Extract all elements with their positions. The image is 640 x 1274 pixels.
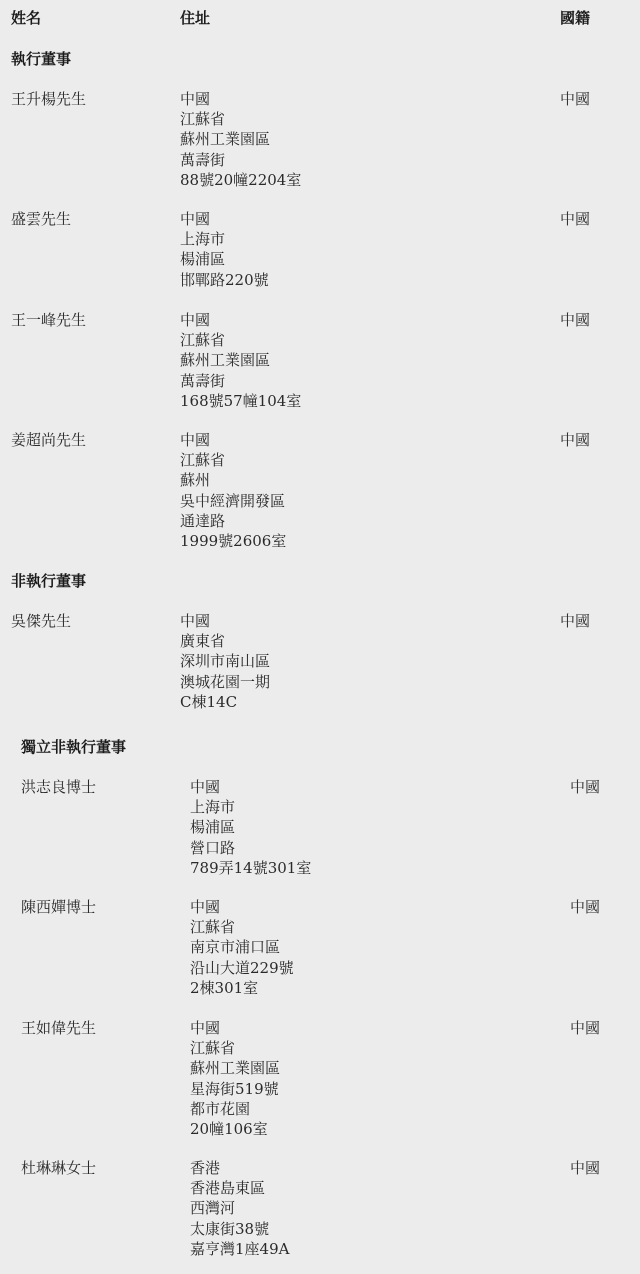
header-nationality: 國籍 (560, 8, 590, 28)
director-nationality: 中國 (560, 611, 590, 631)
director-address: 中國 上海市 楊浦區 營口路 789弄14號301室 (190, 777, 311, 878)
director-nationality: 中國 (570, 777, 600, 797)
header-name: 姓名 (11, 8, 41, 28)
director-name: 洪志良博士 (21, 777, 96, 797)
section-title-independent: 獨立非執行董事 (21, 737, 126, 757)
header-address: 住址 (180, 8, 210, 28)
director-nationality: 中國 (570, 1158, 600, 1178)
director-address: 中國 江蘇省 蘇州工業園區 萬壽街 88號20幢2204室 (180, 89, 301, 190)
director-name: 吳傑先生 (11, 611, 71, 631)
director-nationality: 中國 (560, 430, 590, 450)
director-name: 杜琳琳女士 (21, 1158, 96, 1178)
directors-address-table: 姓名 住址 國籍 執行董事 王升楊先生 中國 江蘇省 蘇州工業園區 萬壽街 88… (0, 0, 640, 1274)
director-nationality: 中國 (560, 310, 590, 330)
director-address: 中國 江蘇省 蘇州工業園區 星海街519號 都市花園 20幢106室 (190, 1018, 280, 1139)
director-nationality: 中國 (570, 897, 600, 917)
director-address: 中國 江蘇省 蘇州工業園區 萬壽街 168號57幢104室 (180, 310, 301, 411)
director-name: 陳西嬋博士 (21, 897, 96, 917)
director-name: 王升楊先生 (11, 89, 86, 109)
director-address: 香港 香港島東區 西灣河 太康街38號 嘉亨灣1座49A (190, 1158, 289, 1259)
director-address: 中國 廣東省 深圳市南山區 澳城花園一期 C棟14C (180, 611, 270, 712)
director-name: 盛雲先生 (11, 209, 71, 229)
director-address: 中國 江蘇省 南京市浦口區 沿山大道229號 2棟301室 (190, 897, 294, 998)
director-address: 中國 江蘇省 蘇州 吳中經濟開發區 通達路 1999號2606室 (180, 430, 286, 551)
director-address: 中國 上海市 楊浦區 邯鄲路220號 (180, 209, 269, 290)
director-nationality: 中國 (570, 1018, 600, 1038)
director-nationality: 中國 (560, 89, 590, 109)
director-name: 王如偉先生 (21, 1018, 96, 1038)
director-nationality: 中國 (560, 209, 590, 229)
director-name: 姜超尚先生 (11, 430, 86, 450)
section-title-executive: 執行董事 (11, 49, 71, 69)
section-title-non-executive: 非執行董事 (11, 571, 86, 591)
director-name: 王一峰先生 (11, 310, 86, 330)
